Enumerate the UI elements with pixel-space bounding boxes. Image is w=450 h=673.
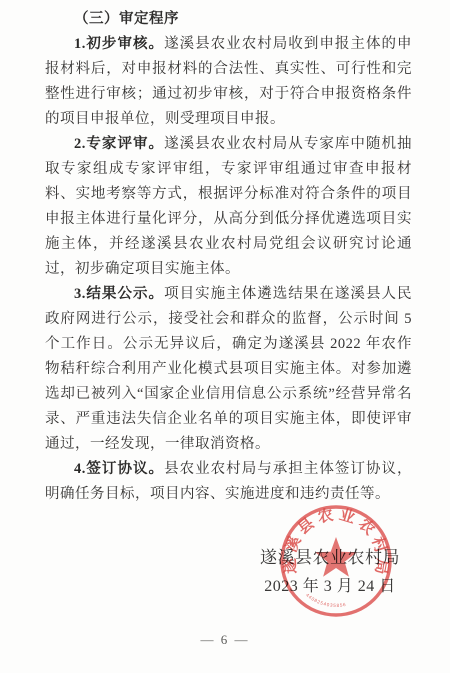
paragraph-lead: 2.专家评审。 (74, 136, 164, 152)
document-body: （三）审定程序 1.初步审核。遂溪县农业农村局收到申报主体的申报材料后，对申报材… (45, 7, 412, 507)
signature-block: 遂溪县农业农村局 2023 年 3 月 24 日 (260, 547, 400, 598)
paragraph-expert-review: 2.专家评审。遂溪县农业农村局从专家库中随机抽取专家组成专家评审组，专家评审组通… (45, 132, 412, 282)
document-page: （三）审定程序 1.初步审核。遂溪县农业农村局收到申报主体的申报材料后，对申报材… (0, 0, 450, 673)
section-heading: （三）审定程序 (45, 7, 412, 32)
paragraph-result-publicity: 3.结果公示。项目实施主体遴选结果在遂溪县人民政府网进行公示，接受社会和群众的监… (45, 282, 412, 457)
paragraph-text: 遂溪县农业农村局从专家库中随机抽取专家组成专家评审组，专家评审组通过审查申报材料… (45, 136, 412, 277)
paragraph-initial-review: 1.初步审核。遂溪县农业农村局收到申报主体的申报材料后，对申报材料的合法性、真实… (45, 32, 412, 132)
page-number: — 6 — (0, 632, 450, 648)
paragraph-text: 项目实施主体遴选结果在遂溪县人民政府网进行公示，接受社会和群众的监督，公示时间 … (45, 286, 412, 452)
signature-date: 2023 年 3 月 24 日 (260, 576, 400, 598)
signature-organization: 遂溪县农业农村局 (260, 547, 400, 569)
paragraph-sign-agreement: 4.签订协议。县农业农村局与承担主体签订协议，明确任务目标，项目内容、实施进度和… (45, 457, 412, 507)
paragraph-lead: 1.初步审核。 (74, 36, 164, 52)
paragraph-lead: 3.结果公示。 (74, 286, 164, 302)
paragraph-lead: 4.签订协议。 (74, 461, 164, 477)
